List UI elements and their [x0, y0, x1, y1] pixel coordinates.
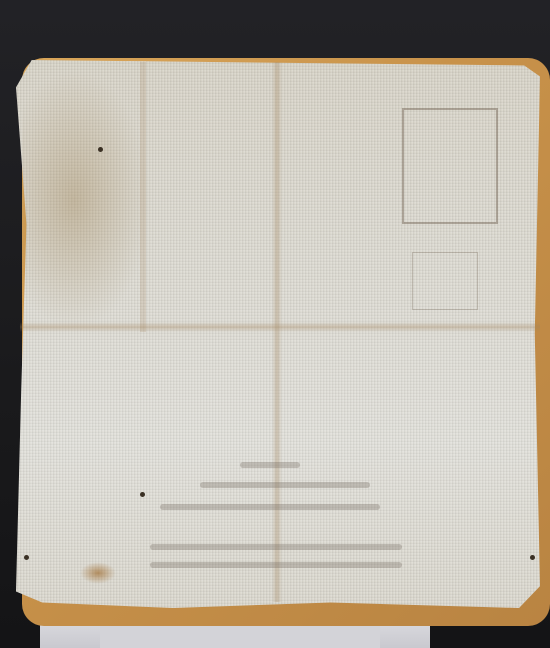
bottom-stain — [80, 562, 116, 584]
vertical-fold — [272, 62, 282, 602]
left-stain — [22, 70, 152, 330]
faded-text-line — [160, 504, 380, 510]
faded-text-line — [240, 462, 300, 468]
faded-drawing-small — [412, 252, 478, 310]
faded-drawing-frame — [402, 108, 498, 224]
faded-text-line — [150, 562, 402, 568]
tack — [24, 555, 29, 560]
faded-text-line — [200, 482, 370, 488]
tack — [98, 147, 103, 152]
tack — [530, 555, 535, 560]
vertical-fold-secondary — [140, 62, 146, 332]
horizontal-fold — [20, 322, 540, 332]
tack — [140, 492, 145, 497]
faded-text-line — [150, 544, 402, 550]
